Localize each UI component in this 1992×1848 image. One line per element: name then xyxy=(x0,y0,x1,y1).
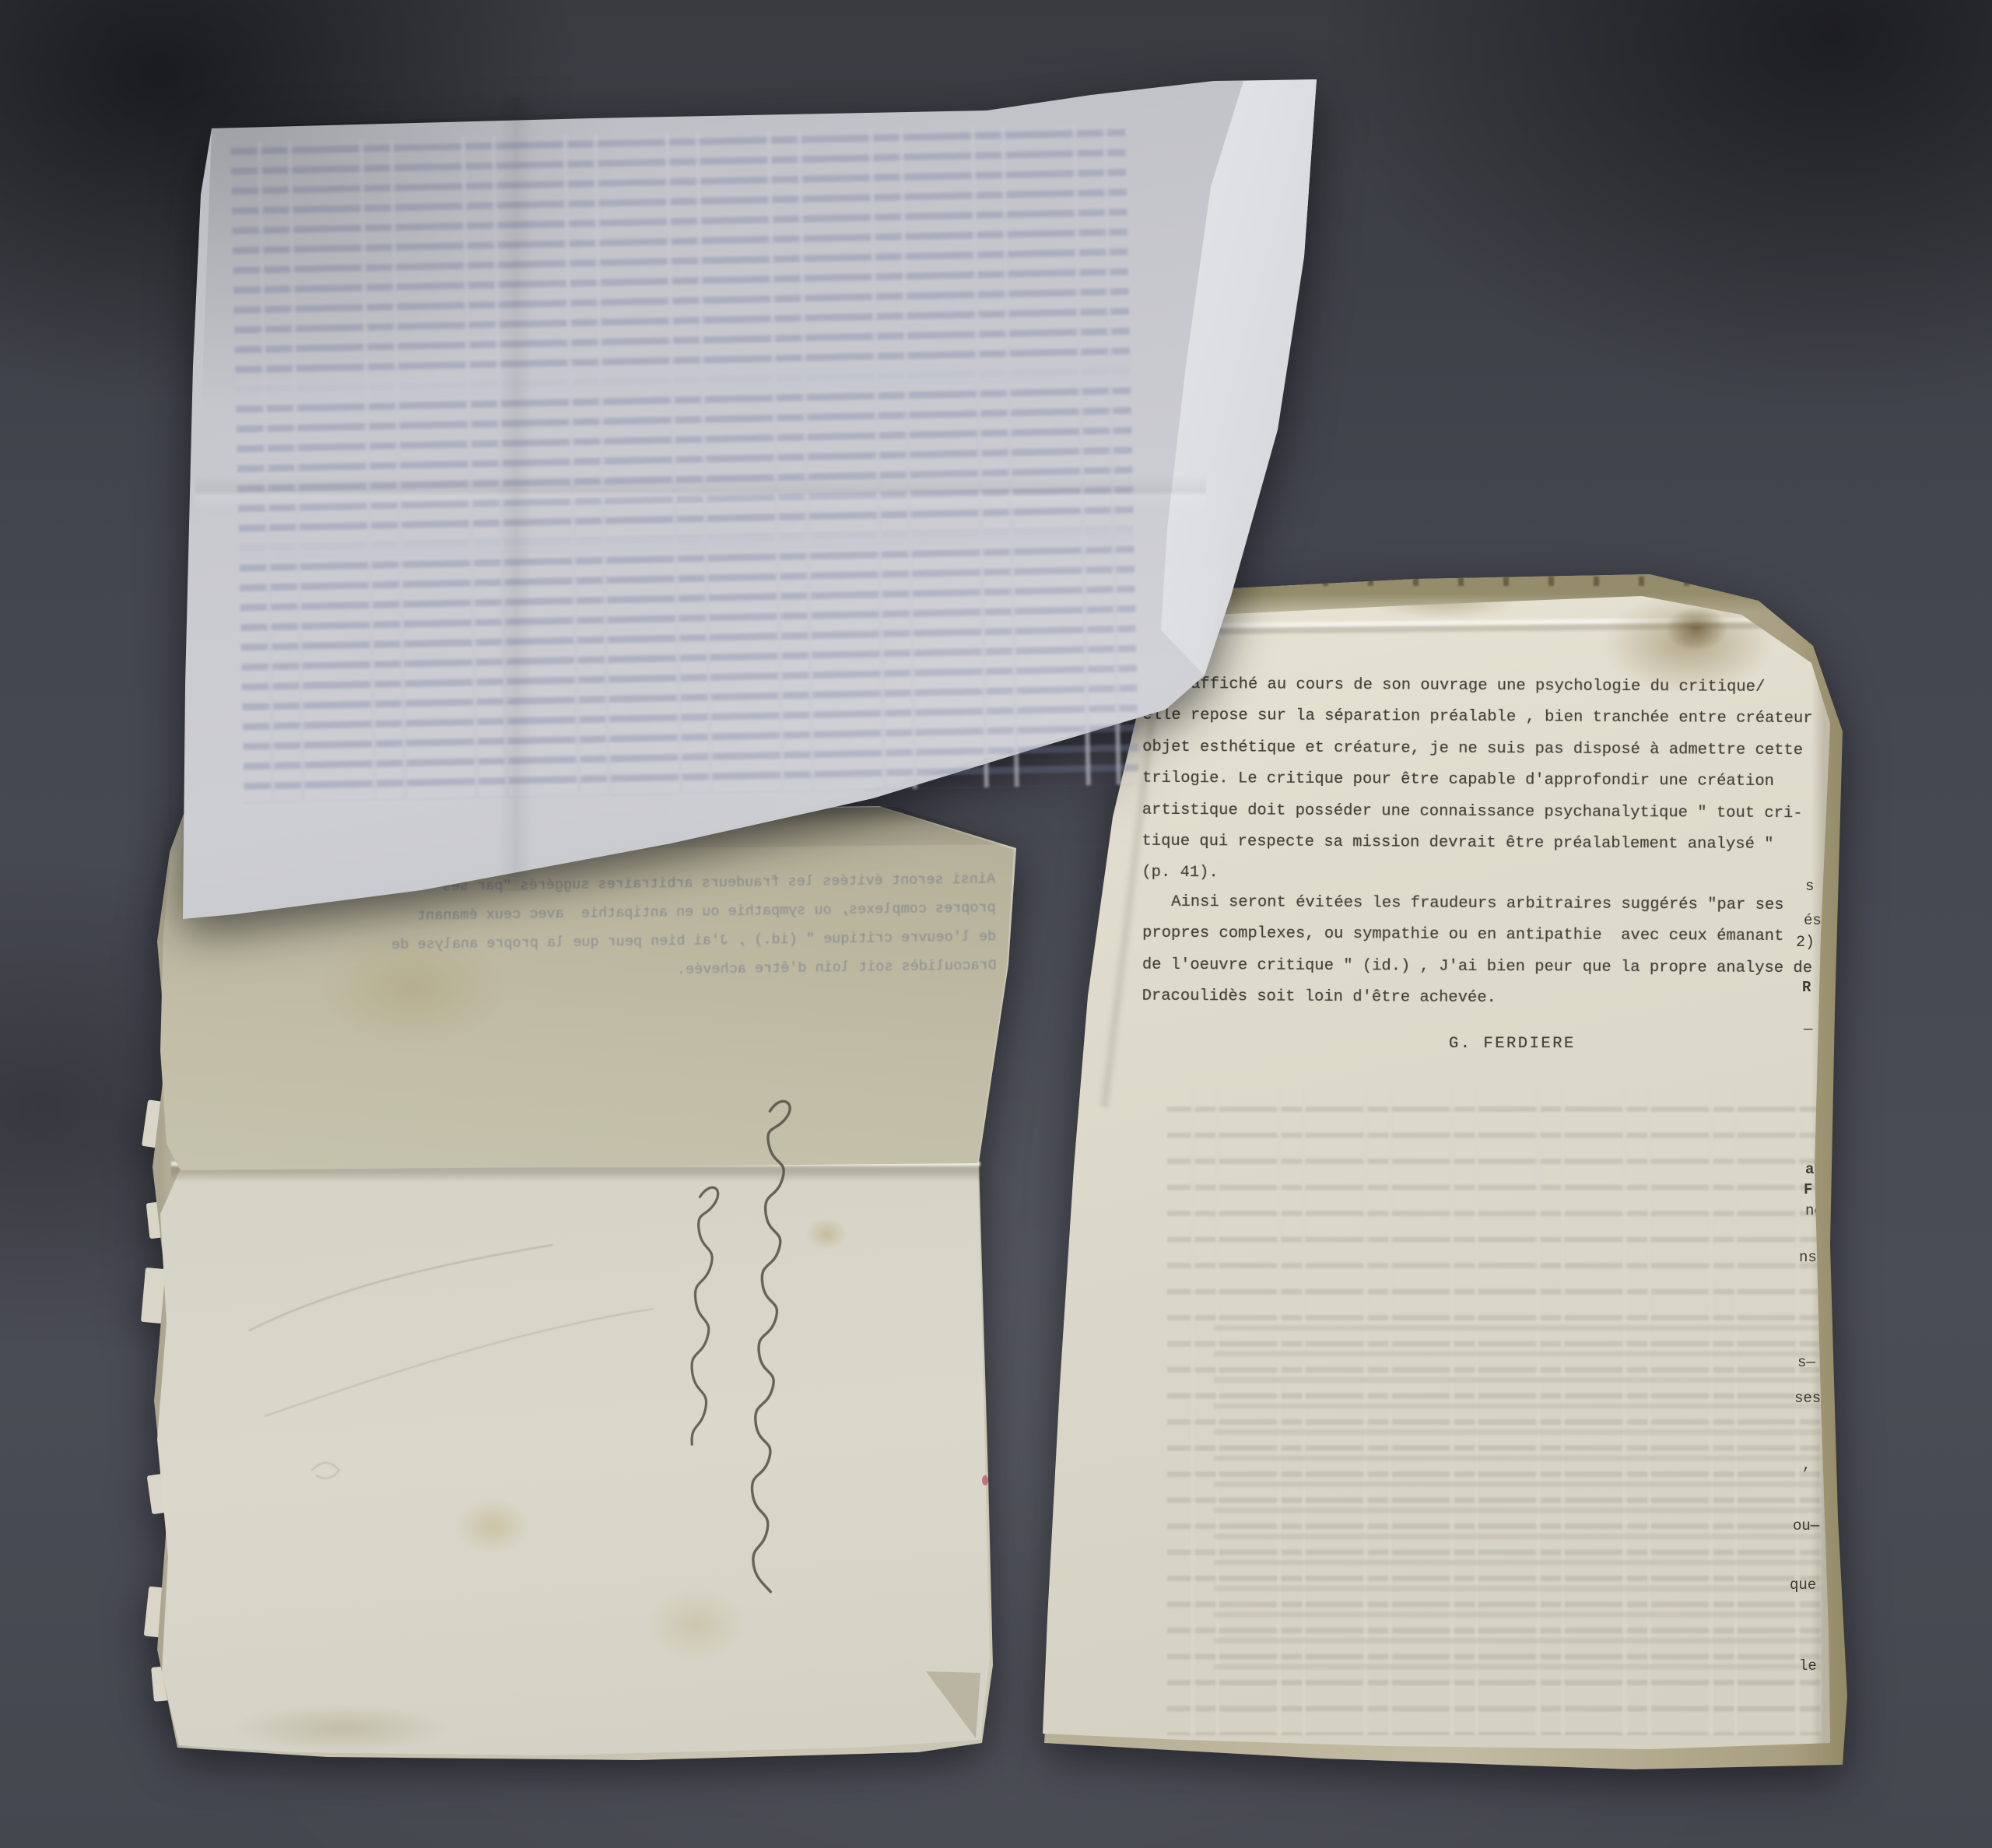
text-line: — xyxy=(1804,1021,1812,1038)
text-line: , xyxy=(1802,1457,1811,1474)
text-line: s— xyxy=(1797,1354,1815,1371)
photograph-of-typewritten-documents: Ainsi seront évitées les fraudeurs arbit… xyxy=(0,0,1992,1848)
text-line: és xyxy=(1804,912,1822,929)
paper-stain xyxy=(233,1704,451,1752)
text-line: F xyxy=(1804,1181,1812,1198)
handwritten-note xyxy=(620,1077,921,1623)
middle-folded-booklet: Ainsi seront évitées les fraudeurs arbit… xyxy=(140,801,1027,1774)
red-mark xyxy=(982,1475,988,1485)
paper-shading xyxy=(171,74,1331,930)
text-line: le xyxy=(1799,1657,1817,1674)
top-page-upside-down xyxy=(171,74,1331,930)
text-line: ses xyxy=(1794,1390,1821,1407)
text-line: R xyxy=(1802,979,1811,996)
aged-stack-edge xyxy=(1323,577,1821,586)
text-line: ns xyxy=(1799,1249,1817,1266)
text-line: que xyxy=(1790,1576,1816,1594)
text-line: ou— xyxy=(1793,1517,1819,1534)
text-line: s xyxy=(1805,878,1814,895)
